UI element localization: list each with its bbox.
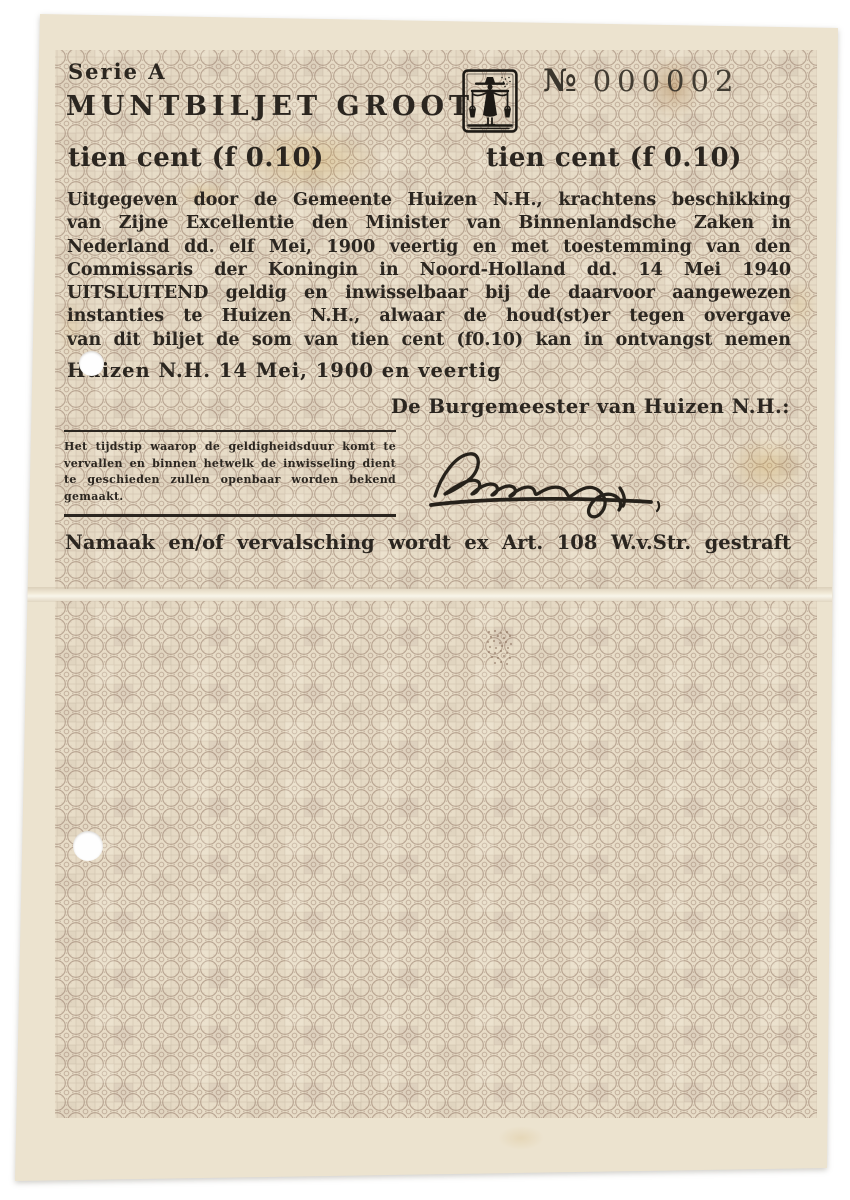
decree-line: Commissaris der Koningin in Noord-Hollan…	[67, 259, 791, 282]
scanned-banknote: Serie A MUNTBILJET GROOT	[0, 0, 850, 1200]
serial-number: №000002	[543, 63, 739, 99]
decree-line: Nederland dd. elf Mei, 1900 veertig en m…	[67, 236, 791, 259]
huizen-woman-with-yoke-and-buckets-icon	[462, 69, 518, 134]
punch-hole	[79, 351, 104, 376]
serial-digits: 000002	[593, 64, 740, 98]
document-title: MUNTBILJET GROOT	[66, 91, 474, 122]
banknote-paper: Serie A MUNTBILJET GROOT	[0, 0, 850, 1200]
signatory-title: De Burgemeester van Huizen N.H.:	[390, 395, 790, 418]
denomination-left: tien cent (f 0.10)	[68, 143, 324, 173]
serial-label: №	[543, 63, 577, 99]
decree-line: Uitgegeven door de Gemeente Huizen N.H.,…	[67, 189, 791, 212]
denomination-right: tien cent (f 0.10)	[486, 143, 742, 173]
punch-hole	[73, 831, 103, 861]
decree-paragraph: Uitgegeven door de Gemeente Huizen N.H.,…	[67, 189, 791, 352]
decree-line: UITSLUITEND geldig en inwisselbaar bij d…	[67, 282, 791, 305]
decree-line: van dit biljet de som van tien cent (f0.…	[67, 329, 791, 352]
place-date-line: Huizen N.H. 14 Mei, 1900 en veertig	[67, 359, 502, 382]
decree-line: instanties te Huizen N.H., alwaar de hou…	[67, 305, 791, 328]
fold-crease	[20, 587, 832, 602]
notice-line: Het tijdstip waarop de geldigheidsduur k…	[64, 439, 396, 456]
mayor-signature	[415, 438, 685, 523]
series-label: Serie A	[68, 59, 167, 84]
counterfeit-warning: Namaak en/of vervalsching wordt ex Art. …	[65, 531, 791, 554]
notice-line: gemaakt.	[64, 489, 396, 506]
validity-notice-box: Het tijdstip waarop de geldigheidsduur k…	[64, 430, 396, 517]
notice-line: vervallen en binnen hetwelk de inwisseli…	[64, 456, 396, 473]
paper-shadow: Serie A MUNTBILJET GROOT	[0, 0, 850, 1200]
decree-line: van Zijne Excellentie den Minister van B…	[67, 212, 791, 235]
notice-line: te geschieden zullen openbaar worden bek…	[64, 472, 396, 489]
